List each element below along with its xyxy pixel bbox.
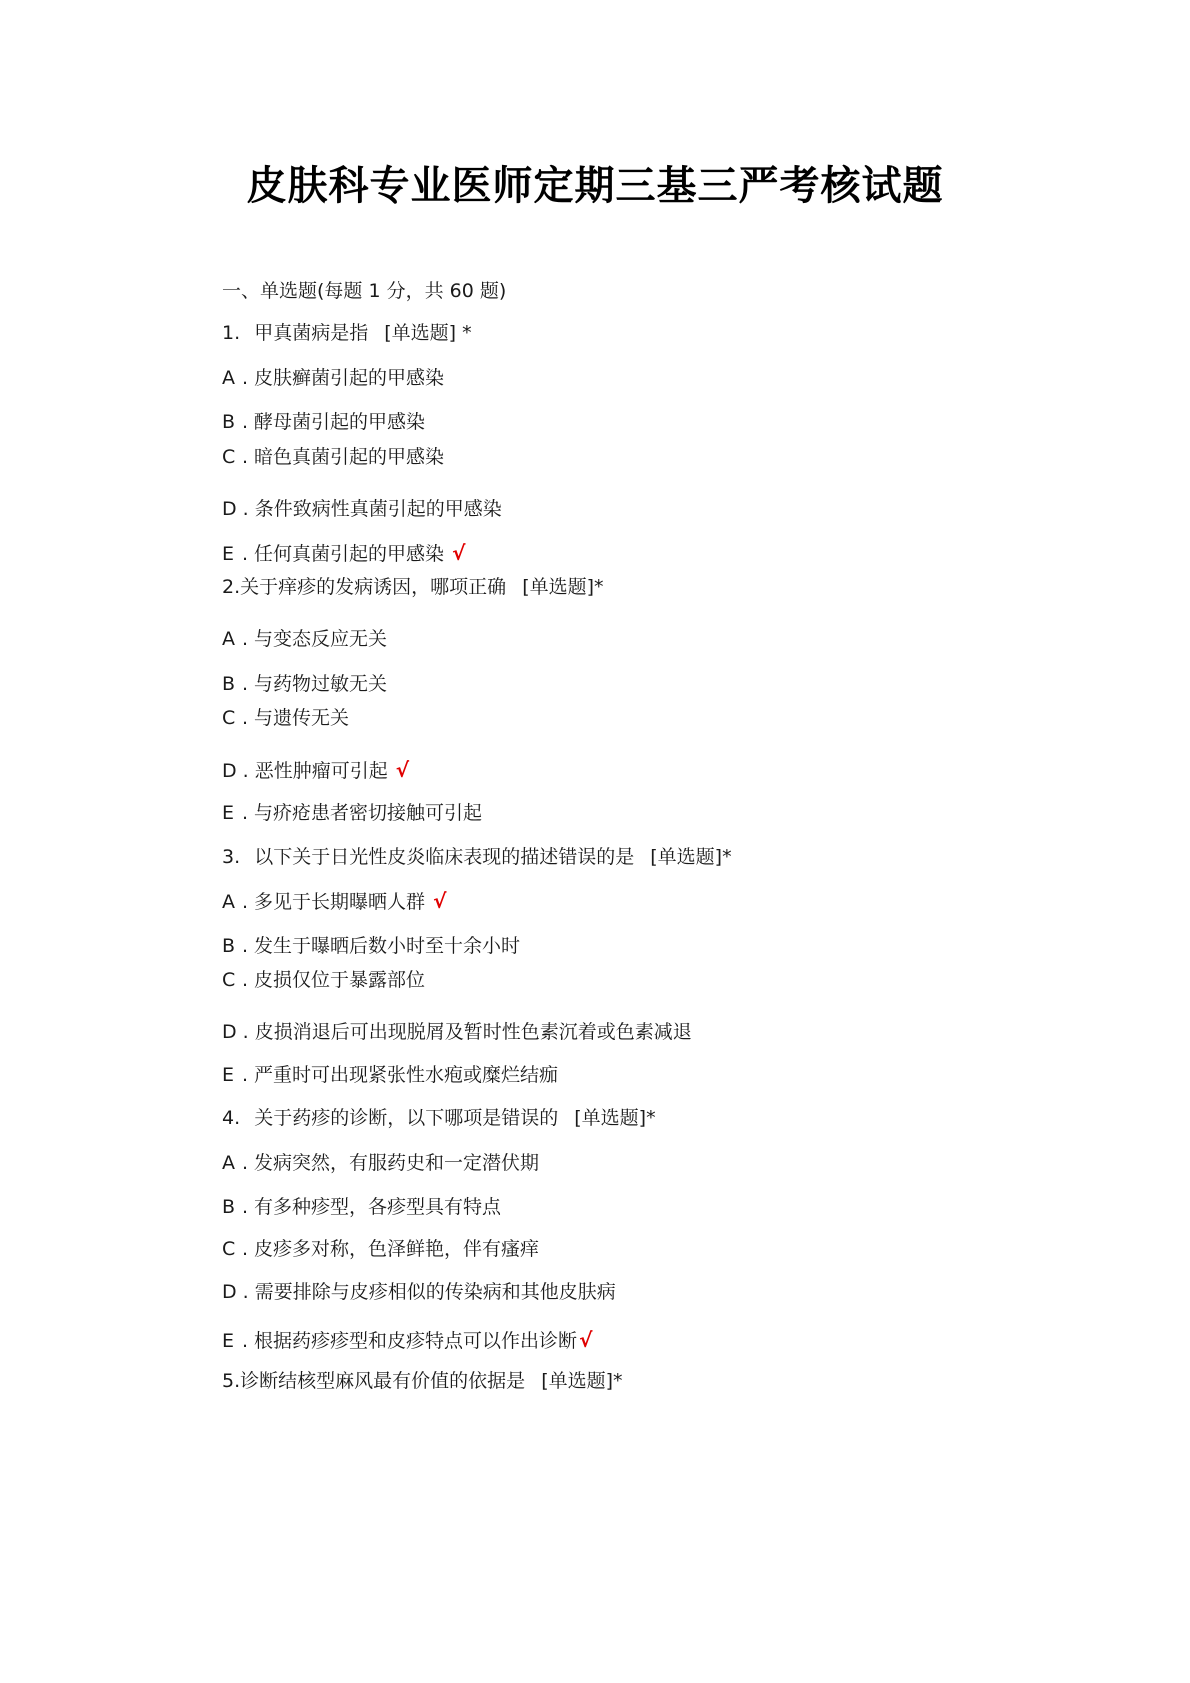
correct-check-icon: √ — [452, 541, 465, 565]
option-4e: E.根据药疹疹型和皮疹特点可以作出诊断√ — [222, 1327, 592, 1354]
question-type-tag: [单选题]* — [541, 1370, 622, 1392]
question-number: 2. — [222, 576, 240, 598]
option-letter: D — [222, 1279, 237, 1305]
option-3d: D.皮损消退后可出现脱屑及暂时性色素沉着或色素减退 — [222, 1019, 692, 1045]
option-1e: E.任何真菌引起的甲感染√ — [222, 540, 465, 567]
option-text: 皮损仅位于暴露部位 — [254, 969, 425, 991]
option-4a: A.发病突然，有服药史和一定潜伏期 — [222, 1150, 539, 1176]
option-3e: E.严重时可出现紧张性水疱或糜烂结痂 — [222, 1062, 558, 1088]
question-type-tag: [单选题]* — [522, 576, 603, 598]
option-text: 根据药疹疹型和皮疹特点可以作出诊断 — [254, 1330, 577, 1352]
option-3c: C.皮损仅位于暴露部位 — [222, 967, 425, 993]
option-text: 与变态反应无关 — [254, 628, 387, 650]
option-1c: C.暗色真菌引起的甲感染 — [222, 444, 444, 470]
option-4c: C.皮疹多对称，色泽鲜艳，伴有瘙痒 — [222, 1236, 539, 1262]
question-text: 诊断结核型麻风最有价值的依据是 — [240, 1370, 525, 1392]
question-type-tag: [单选题] * — [384, 322, 471, 344]
question-text: 关于痒疹的发病诱因，哪项正确 — [240, 576, 506, 598]
option-letter: E — [222, 541, 236, 567]
question-number: 3. — [222, 846, 240, 868]
option-text: 发病突然，有服药史和一定潜伏期 — [254, 1152, 539, 1174]
option-letter: E — [222, 1328, 236, 1354]
option-text: 多见于长期曝晒人群 — [254, 891, 425, 913]
question-text: 甲真菌病是指 — [254, 322, 368, 344]
option-text: 需要排除与皮疹相似的传染病和其他皮肤病 — [255, 1281, 616, 1303]
option-2a: A.与变态反应无关 — [222, 626, 387, 652]
question-type-tag: [单选题]* — [574, 1107, 655, 1129]
option-letter: D — [222, 496, 237, 522]
option-text: 与遗传无关 — [254, 707, 349, 729]
correct-check-icon: √ — [396, 758, 409, 782]
option-1d: D.条件致病性真菌引起的甲感染 — [222, 496, 502, 522]
question-number: 1. — [222, 322, 240, 344]
option-text: 酵母菌引起的甲感染 — [254, 411, 425, 433]
question-1: 1. 甲真菌病是指 [单选题] * — [222, 320, 472, 346]
option-text: 任何真菌引起的甲感染 — [254, 543, 444, 565]
option-text: 条件致病性真菌引起的甲感染 — [255, 498, 502, 520]
option-letter: E — [222, 800, 236, 826]
option-2b: B.与药物过敏无关 — [222, 671, 387, 697]
option-letter: A — [222, 626, 236, 652]
option-4d: D.需要排除与皮疹相似的传染病和其他皮肤病 — [222, 1279, 616, 1305]
question-text: 以下关于日光性皮炎临床表现的描述错误的是 — [254, 846, 634, 868]
option-1a: A.皮肤癣菌引起的甲感染 — [222, 365, 444, 391]
question-2: 2.关于痒疹的发病诱因，哪项正确 [单选题]* — [222, 574, 604, 600]
option-text: 严重时可出现紧张性水疱或糜烂结痂 — [254, 1064, 558, 1086]
option-text: 恶性肿瘤可引起 — [255, 760, 388, 782]
option-letter: B — [222, 1194, 236, 1220]
option-letter: A — [222, 889, 236, 915]
option-text: 发生于曝晒后数小时至十余小时 — [254, 935, 520, 957]
option-4b: B.有多种疹型，各疹型具有特点 — [222, 1194, 501, 1220]
option-letter: C — [222, 705, 236, 731]
option-letter: A — [222, 1150, 236, 1176]
option-letter: B — [222, 409, 236, 435]
question-5: 5.诊断结核型麻风最有价值的依据是 [单选题]* — [222, 1368, 623, 1394]
question-number: 5. — [222, 1370, 240, 1392]
correct-check-icon: √ — [433, 889, 446, 913]
option-letter: B — [222, 933, 236, 959]
option-letter: A — [222, 365, 236, 391]
option-text: 与药物过敏无关 — [254, 673, 387, 695]
question-text: 关于药疹的诊断，以下哪项是错误的 — [254, 1107, 558, 1129]
option-text: 与疥疮患者密切接触可引起 — [254, 802, 482, 824]
correct-check-icon: √ — [579, 1328, 592, 1352]
question-number: 4. — [222, 1107, 240, 1129]
option-text: 皮疹多对称，色泽鲜艳，伴有瘙痒 — [254, 1238, 539, 1260]
option-letter: E — [222, 1062, 236, 1088]
question-type-tag: [单选题]* — [650, 846, 731, 868]
option-letter: C — [222, 444, 236, 470]
option-letter: C — [222, 1236, 236, 1262]
option-text: 皮损消退后可出现脱屑及暂时性色素沉着或色素减退 — [255, 1021, 692, 1043]
option-3b: B.发生于曝晒后数小时至十余小时 — [222, 933, 520, 959]
section-heading: 一、单选题(每题 1 分，共 60 题) — [222, 278, 506, 304]
question-4: 4. 关于药疹的诊断，以下哪项是错误的 [单选题]* — [222, 1105, 656, 1131]
option-2c: C.与遗传无关 — [222, 705, 349, 731]
question-3: 3. 以下关于日光性皮炎临床表现的描述错误的是 [单选题]* — [222, 844, 732, 870]
option-2e: E.与疥疮患者密切接触可引起 — [222, 800, 482, 826]
option-2d: D.恶性肿瘤可引起√ — [222, 757, 409, 784]
option-3a: A.多见于长期曝晒人群√ — [222, 888, 446, 915]
option-text: 有多种疹型，各疹型具有特点 — [254, 1196, 501, 1218]
option-text: 暗色真菌引起的甲感染 — [254, 446, 444, 468]
option-text: 皮肤癣菌引起的甲感染 — [254, 367, 444, 389]
option-letter: B — [222, 671, 236, 697]
option-1b: B.酵母菌引起的甲感染 — [222, 409, 425, 435]
option-letter: D — [222, 1019, 237, 1045]
option-letter: C — [222, 967, 236, 993]
document-page: 皮肤科专业医师定期三基三严考核试题 一、单选题(每题 1 分，共 60 题) 1… — [0, 0, 1190, 1683]
option-letter: D — [222, 758, 237, 784]
document-title: 皮肤科专业医师定期三基三严考核试题 — [0, 160, 1190, 212]
